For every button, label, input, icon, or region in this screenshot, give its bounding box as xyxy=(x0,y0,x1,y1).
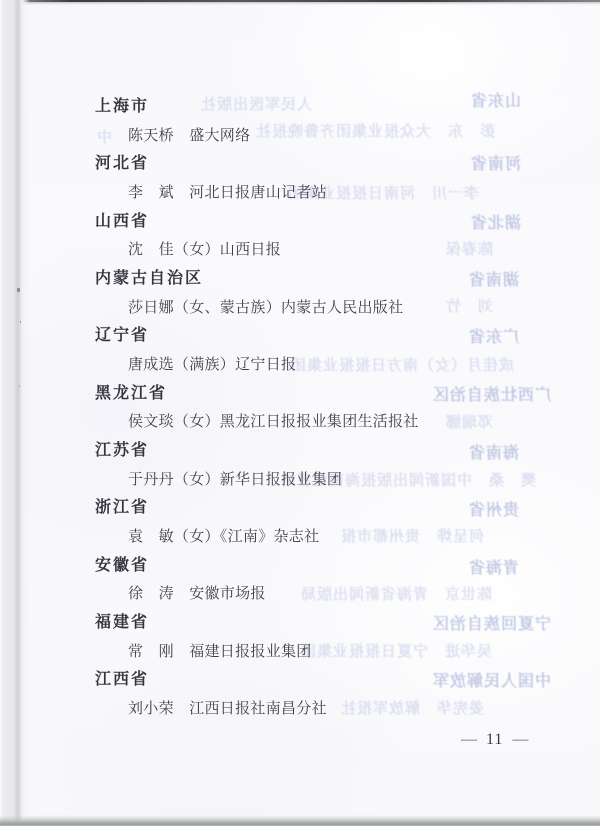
province-section: 内蒙古自治区 莎日娜（女、蒙古族）内蒙古人民出版社 xyxy=(95,264,565,321)
page-number-value: 11 xyxy=(486,731,503,749)
province-heading: 江苏省 xyxy=(95,436,565,465)
recipient-entry: 沈 佳（女）山西日报 xyxy=(95,235,565,264)
province-heading: 河北省 xyxy=(95,149,565,178)
recipient-entry: 唐成选（满族）辽宁日报 xyxy=(95,350,565,379)
recipient-entry: 莎日娜（女、蒙古族）内蒙古人民出版社 xyxy=(95,293,565,322)
province-section: 山西省 沈 佳（女）山西日报 xyxy=(95,207,565,264)
province-heading: 浙江省 xyxy=(95,493,565,522)
province-section: 安徽省 徐 涛 安徽市场报 xyxy=(95,551,565,608)
page-number: — 11 — xyxy=(461,730,528,750)
recipient-entry: 陈天桥 盛大网络 xyxy=(95,121,565,150)
recipient-entry: 侯文琰（女）黑龙江日报报业集团生活报社 xyxy=(95,407,565,436)
province-section: 浙江省 袁 敏（女）《江南》杂志社 xyxy=(95,493,565,550)
recipient-entry: 于丹丹（女）新华日报报业集团 xyxy=(95,465,565,494)
province-section: 辽宁省 唐成选（满族）辽宁日报 xyxy=(95,321,565,378)
recipient-list: 上海市 陈天桥 盛大网络 河北省 李 斌 河北日报唐山记者站 山西省 沈 佳（女… xyxy=(95,92,565,723)
recipient-entry: 徐 涛 安徽市场报 xyxy=(95,579,565,608)
province-section: 上海市 陈天桥 盛大网络 xyxy=(95,92,565,149)
page-number-left-dash: — xyxy=(461,731,477,749)
province-heading: 福建省 xyxy=(95,608,565,637)
scan-left-binding-edge xyxy=(0,0,30,826)
province-heading: 安徽省 xyxy=(95,551,565,580)
province-section: 福建省 常 刚 福建日报报业集团 xyxy=(95,608,565,665)
scan-edge-specks xyxy=(17,288,20,292)
province-heading: 黑龙江省 xyxy=(95,379,565,408)
scan-bottom-edge xyxy=(0,815,600,826)
recipient-entry: 李 斌 河北日报唐山记者站 xyxy=(95,178,565,207)
province-heading: 上海市 xyxy=(95,92,565,121)
province-heading: 山西省 xyxy=(95,207,565,236)
page-number-right-dash: — xyxy=(512,731,528,749)
recipient-entry: 袁 敏（女）《江南》杂志社 xyxy=(95,522,565,551)
province-heading: 江西省 xyxy=(95,665,565,694)
province-section: 江苏省 于丹丹（女）新华日报报业集团 xyxy=(95,436,565,493)
scan-top-edge-shadow xyxy=(0,2,600,5)
recipient-entry: 刘小荣 江西日报社南昌分社 xyxy=(95,694,565,723)
recipient-entry: 常 刚 福建日报报业集团 xyxy=(95,637,565,666)
province-section: 河北省 李 斌 河北日报唐山记者站 xyxy=(95,149,565,206)
province-section: 黑龙江省 侯文琰（女）黑龙江日报报业集团生活报社 xyxy=(95,379,565,436)
province-heading: 内蒙古自治区 xyxy=(95,264,565,293)
scanned-document-page: 山东省人民军医出版社中彭 东 大众报业集团齐鲁晚报社河南省李一川 河南日报报业集… xyxy=(0,0,600,826)
province-section: 江西省 刘小荣 江西日报社南昌分社 xyxy=(95,665,565,722)
province-heading: 辽宁省 xyxy=(95,321,565,350)
